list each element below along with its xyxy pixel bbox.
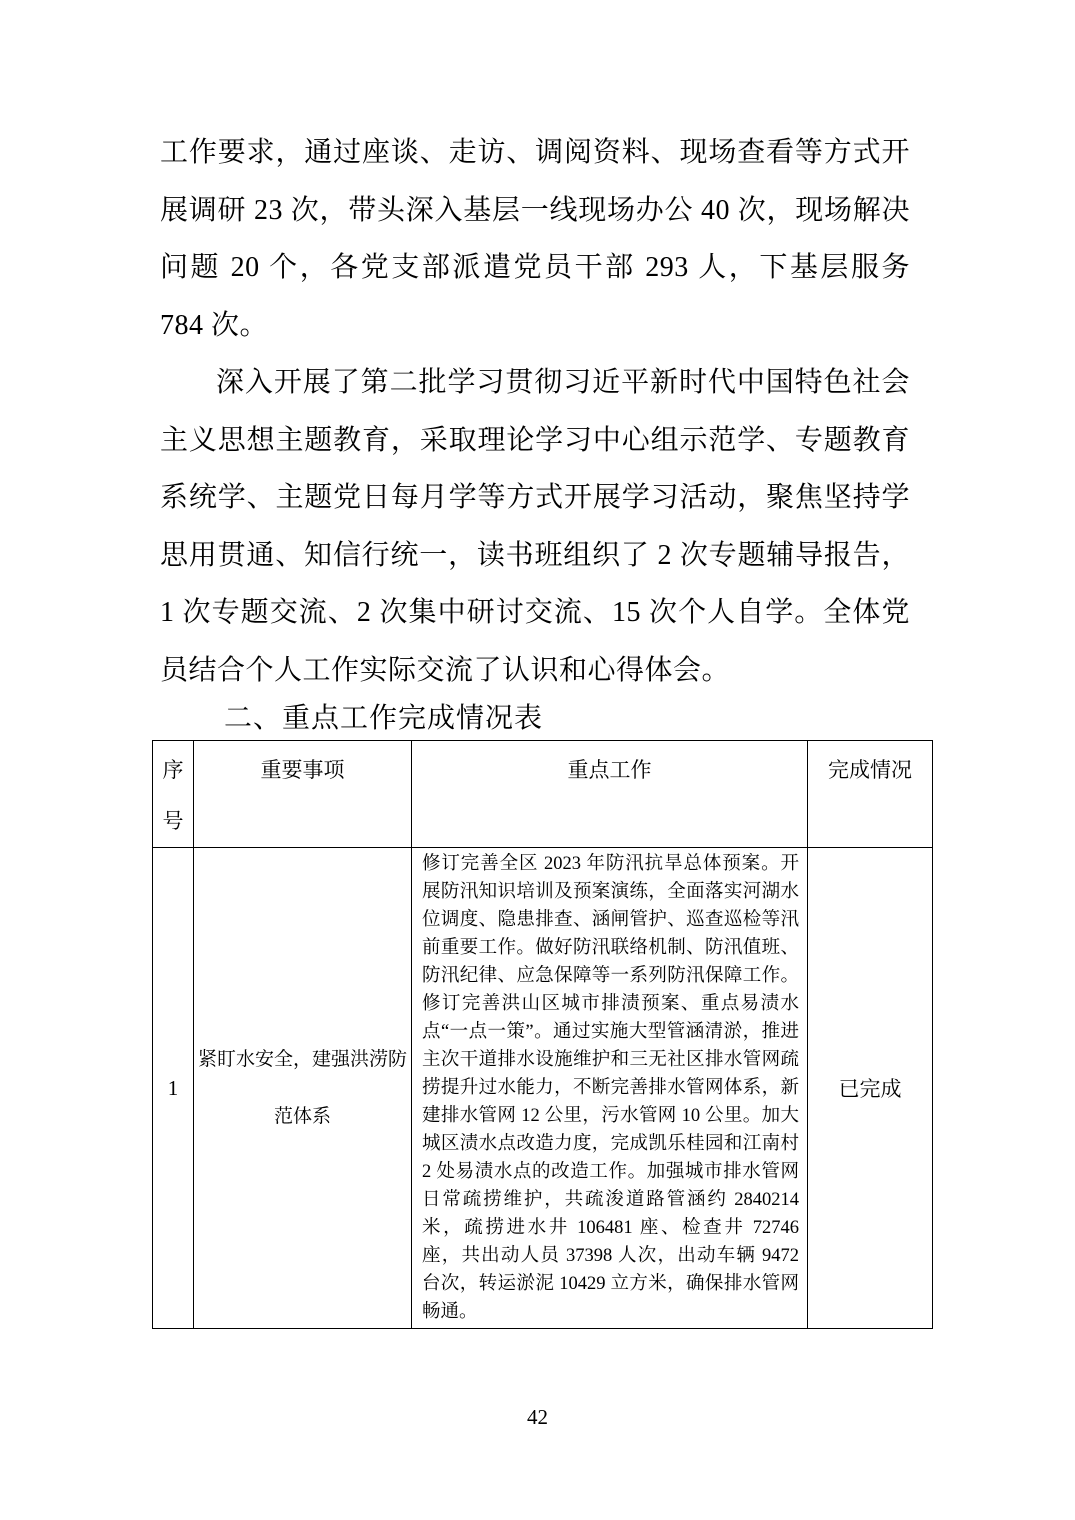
table-cell-status: 已完成: [808, 848, 933, 1329]
key-work-completion-table: 序号 重要事项 重点工作 完成情况 1 紧盯水安全，建强洪涝防范体系 修订完善全…: [152, 740, 933, 1329]
body-text: 工作要求，通过座谈、走访、调阅资料、现场查看等方式开展调研 23 次，带头深入基…: [160, 124, 910, 699]
table-header-item: 重要事项: [194, 741, 412, 848]
page-number: 42: [0, 1402, 1075, 1432]
table-header-work: 重点工作: [412, 741, 808, 848]
table-header-row: 序号 重要事项 重点工作 完成情况: [153, 741, 933, 848]
document-page: 工作要求，通过座谈、走访、调阅资料、现场查看等方式开展调研 23 次，带头深入基…: [0, 0, 1075, 1520]
paragraph-theme-education: 深入开展了第二批学习贯彻习近平新时代中国特色社会主义思想主题教育，采取理论学习中…: [160, 354, 910, 699]
table-cell-work: 修订完善全区 2023 年防汛抗旱总体预案。开展防汛知识培训及预案演练，全面落实…: [412, 848, 808, 1329]
table-cell-item: 紧盯水安全，建强洪涝防范体系: [194, 848, 412, 1329]
section-heading: 二、重点工作完成情况表: [224, 701, 543, 737]
paragraph-continuation: 工作要求，通过座谈、走访、调阅资料、现场查看等方式开展调研 23 次，带头深入基…: [160, 124, 910, 354]
table-cell-index: 1: [153, 848, 194, 1329]
table-header-status: 完成情况: [808, 741, 933, 848]
table-header-index: 序号: [153, 741, 194, 848]
table-row: 1 紧盯水安全，建强洪涝防范体系 修订完善全区 2023 年防汛抗旱总体预案。开…: [153, 848, 933, 1329]
